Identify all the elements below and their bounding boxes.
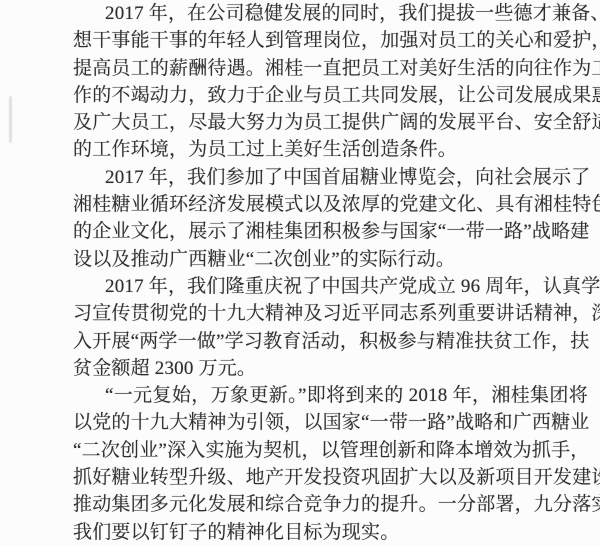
text-line: 2017 年，在公司稳健发展的同时，我们提拔一些德才兼备、 xyxy=(73,0,588,27)
text-line: “一元复始，万象更新。”即将到来的 2018 年，湘桂集团将 xyxy=(73,382,588,409)
text-line: “二次创业”深入实施为契机，以管理创新和降本增效为抓手， xyxy=(73,437,588,464)
text-line: 入开展“两学一做”学习教育活动，积极参与精准扶贫工作，扶 xyxy=(73,328,588,355)
text-line: 抓好糖业转型升级、地产开发投资巩固扩大以及新项目开发建设， xyxy=(73,464,588,491)
text-line: 习宣传贯彻党的十九大精神及习近平同志系列重要讲话精神，深 xyxy=(73,300,588,327)
text-line: 贫金额超 2300 万元。 xyxy=(73,355,588,382)
document-page: 2017 年，在公司稳健发展的同时，我们提拔一些德才兼备、想干事能干事的年轻人到… xyxy=(0,0,600,546)
text-line: 2017 年，我们参加了中国首届糖业博览会，向社会展示了 xyxy=(73,164,588,191)
text-line: 的企业文化，展示了湘桂集团积极参与国家“一带一路”战略建 xyxy=(73,218,588,245)
text-line: 湘桂糖业循环经济发展模式以及浓厚的党建文化、具有湘桂特色 xyxy=(73,191,588,218)
text-line: 以党的十九大精神为引领，以国家“一带一路”战略和广西糖业 xyxy=(73,409,588,436)
text-line: 2017 年，我们隆重庆祝了中国共产党成立 96 周年，认真学 xyxy=(73,273,588,300)
text-line: 想干事能干事的年轻人到管理岗位，加强对员工的关心和爱护， xyxy=(73,27,588,54)
text-line: 的工作环境，为员工过上美好生活创造条件。 xyxy=(73,136,588,163)
text-line: 及广大员工，尽最大努力为员工提供广阔的发展平台、安全舒适 xyxy=(73,109,588,136)
text-line: 我们要以钉钉子的精神化目标为现实。 xyxy=(73,519,588,546)
document-text-block: 2017 年，在公司稳健发展的同时，我们提拔一些德才兼备、想干事能干事的年轻人到… xyxy=(0,0,600,546)
text-line: 设以及推动广西糖业“二次创业”的实际行动。 xyxy=(73,246,588,273)
text-line: 提高员工的薪酬待遇。湘桂一直把员工对美好生活的向往作为工 xyxy=(73,55,588,82)
text-line: 推动集团多元化发展和综合竞争力的提升。一分部署，九分落实。 xyxy=(73,491,588,518)
text-line: 作的不竭动力，致力于企业与员工共同发展，让公司发展成果惠 xyxy=(73,82,588,109)
